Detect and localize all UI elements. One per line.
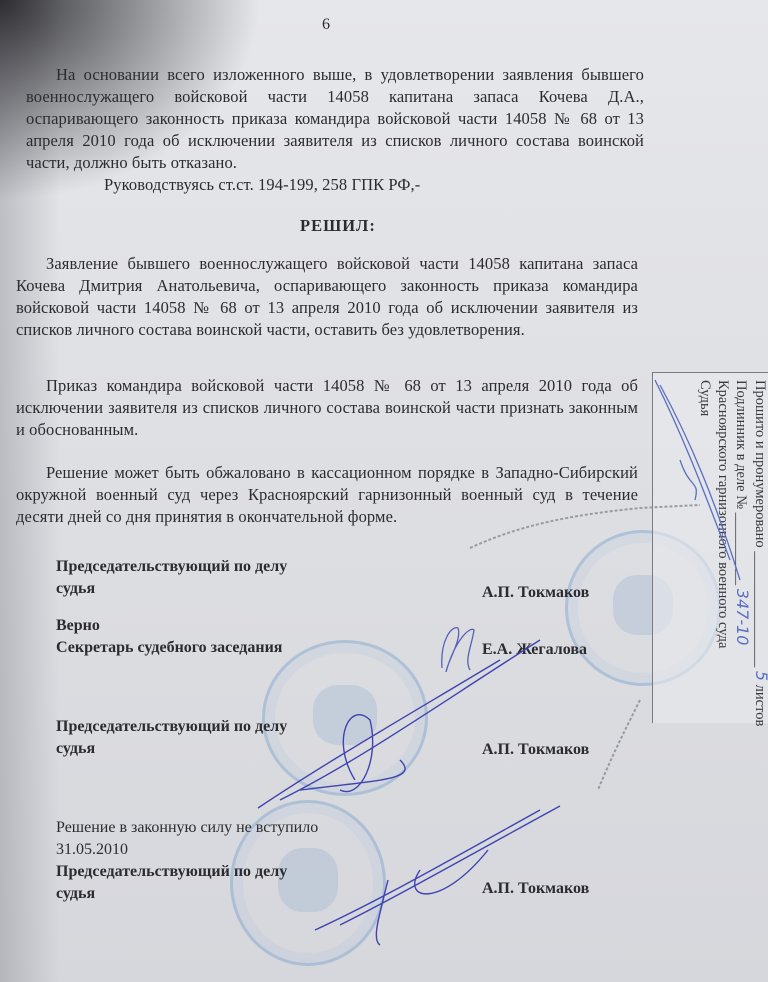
binding-line-judge: Судья	[696, 380, 714, 726]
paragraph-conclusion: На основании всего изложенного выше, в у…	[26, 64, 644, 174]
signature-title: судья	[56, 578, 287, 600]
signature-name-judge: А.П. Токмаков	[482, 584, 589, 602]
paragraph-appeal: Решение может быть обжаловано в кассацио…	[16, 462, 638, 528]
legal-force-note: Решение в законную силу не вступило	[56, 817, 318, 839]
binding-line-court: Красноярского гарнизонного военного суда	[714, 380, 732, 726]
paragraph-order-lawful: Приказ командира войсковой части 14058 №…	[16, 375, 638, 441]
decision-heading: РЕШИЛ:	[300, 215, 376, 237]
paragraph-decision: Заявление бывшего военнослужащего войско…	[16, 253, 638, 341]
handwritten-case-number: 347-10	[733, 589, 752, 646]
signature-block-secretary: Верно Секретарь судебного заседания	[56, 615, 282, 659]
paragraph-legal-basis: Руководствуясь ст.ст. 194-199, 258 ГПК Р…	[104, 174, 420, 196]
binding-label-text: Прошито и пронумеровано ________________…	[696, 380, 768, 726]
signature-role: Секретарь судебного заседания	[56, 637, 282, 659]
signature-name-judge-3: А.П. Токмаков	[482, 880, 589, 898]
signature-block-judge-2: Председательствующий по делу судья	[56, 716, 287, 760]
page-number: 6	[322, 14, 330, 36]
signature-name-judge-2: А.П. Токмаков	[482, 741, 589, 759]
signature-role: Председательствующий по делу	[56, 716, 287, 738]
signature-name-secretary: Е.А. Жегалова	[482, 641, 587, 659]
signature-role: Председательствующий по делу	[56, 556, 287, 578]
signature-block-judge-3: Решение в законную силу не вступило 31.0…	[56, 817, 318, 905]
signature-block-judge: Председательствующий по делу судья	[56, 556, 287, 600]
binding-line-sheets: Прошито и пронумеровано ________________…	[751, 380, 768, 726]
signature-title: судья	[56, 883, 318, 905]
signature-role: Председательствующий по делу	[56, 861, 318, 883]
signature-verified: Верно	[56, 615, 282, 637]
legal-force-date: 31.05.2010	[56, 839, 318, 861]
signature-title: судья	[56, 738, 287, 760]
binding-line-case: Подлинник в деле № __________ 347-10	[732, 380, 751, 726]
handwritten-sheet-count: 5	[752, 671, 768, 681]
